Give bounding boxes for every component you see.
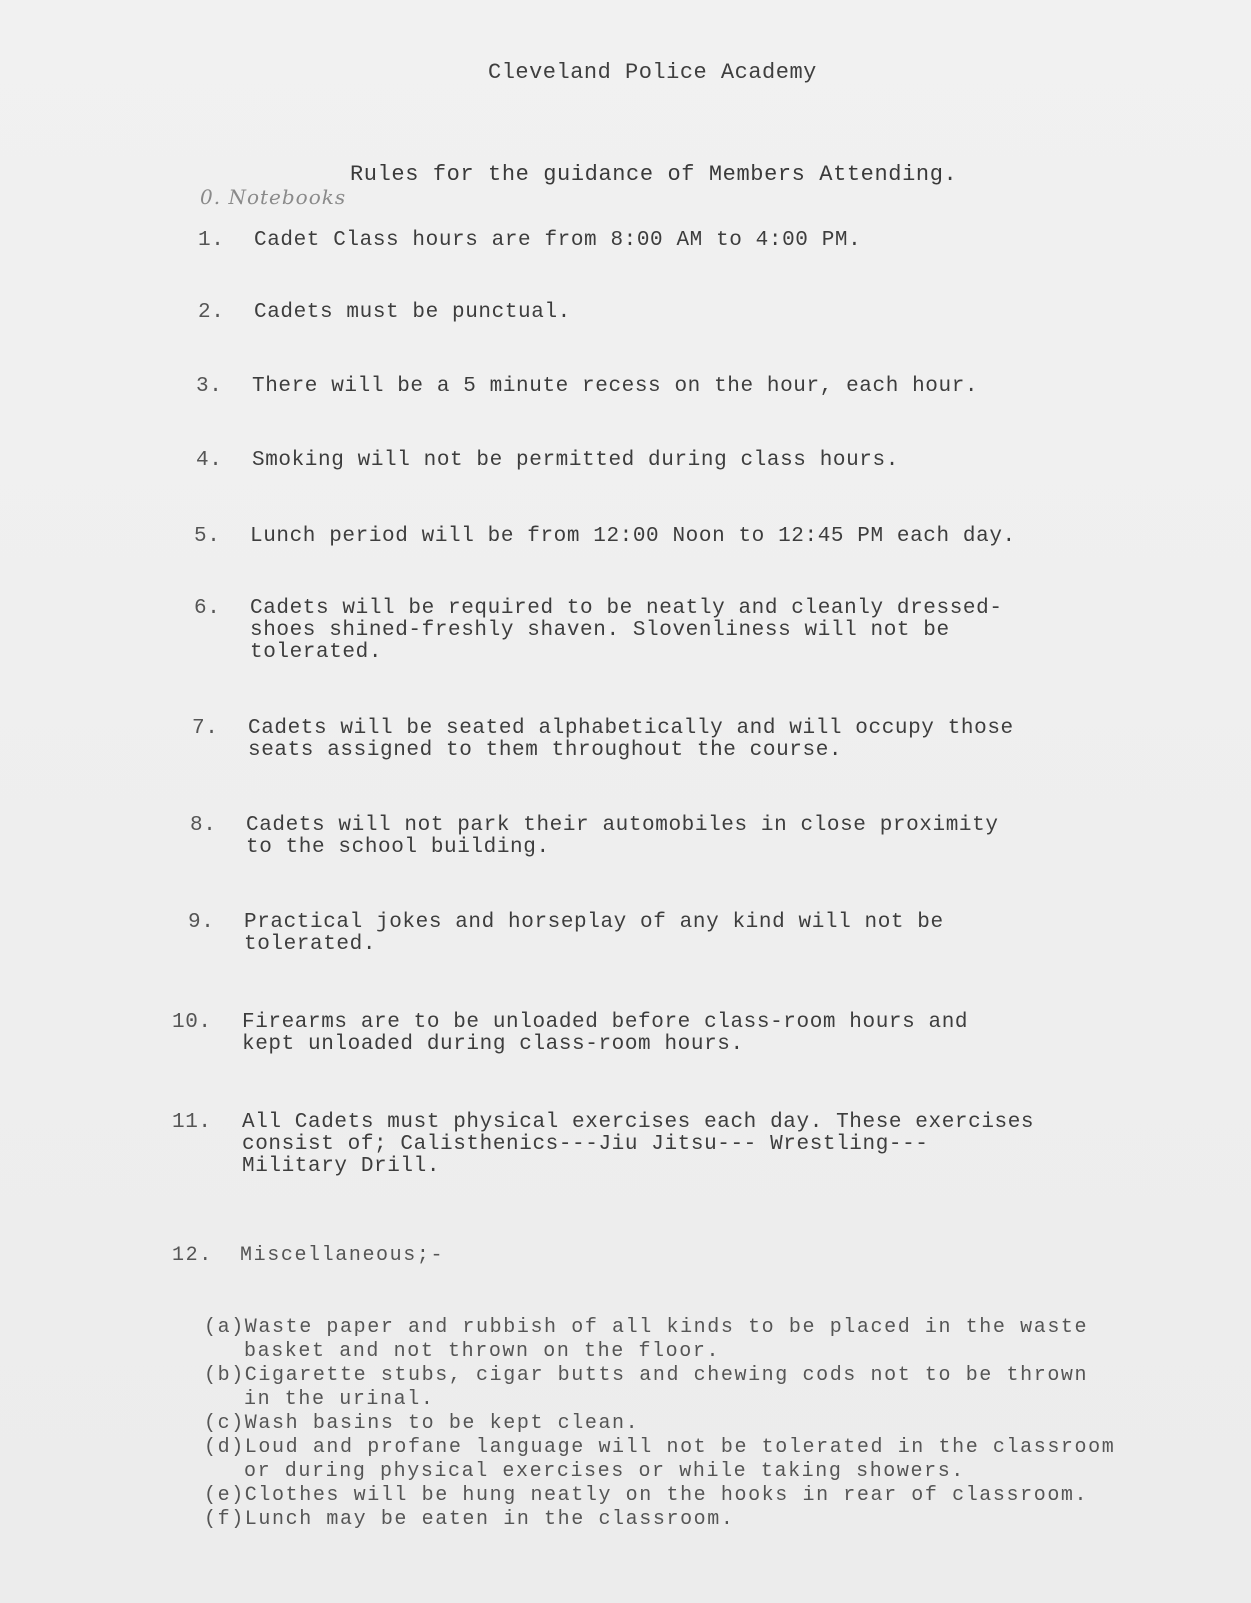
misc-item-continuation: in the urinal. [172, 1388, 1115, 1412]
misc-item: (b)Cigarette stubs, cigar butts and chew… [172, 1364, 1115, 1388]
rule-item: 11.All Cadets must physical exercises ea… [172, 1112, 1034, 1178]
rule-item: 4.Smoking will not be permitted during c… [196, 450, 899, 472]
rule-item: 9.Practical jokes and horseplay of any k… [188, 912, 944, 956]
rule-item: 10.Firearms are to be unloaded before cl… [172, 1012, 968, 1056]
rule-item: 6.Cadets will be required to be neatly a… [194, 598, 1003, 664]
rule-item: 1.Cadet Class hours are from 8:00 AM to … [198, 230, 861, 252]
misc-item: (c)Wash basins to be kept clean. [172, 1412, 1115, 1436]
misc-item: (a)Waste paper and rubbish of all kinds … [172, 1316, 1115, 1340]
misc-items: (a)Waste paper and rubbish of all kinds … [172, 1316, 1115, 1532]
misc-item: (e)Clothes will be hung neatly on the ho… [172, 1484, 1115, 1508]
document-subtitle: Rules for the guidance of Members Attend… [350, 162, 957, 187]
rule-item: 3.There will be a 5 minute recess on the… [196, 376, 978, 398]
document-page: Cleveland Police Academy Rules for the g… [0, 0, 1251, 1603]
misc-heading: 12. Miscellaneous;- [172, 1244, 1115, 1268]
misc-item-continuation: basket and not thrown on the floor. [172, 1340, 1115, 1364]
misc-section: 12. Miscellaneous;- (a)Waste paper and r… [172, 1196, 1115, 1580]
misc-item-continuation: or during physical exercises or while ta… [172, 1460, 1115, 1484]
rule-item: 5.Lunch period will be from 12:00 Noon t… [194, 526, 1016, 548]
rule-item: 2.Cadets must be punctual. [198, 302, 571, 324]
misc-item: (d)Loud and profane language will not be… [172, 1436, 1115, 1460]
rule-item: 7.Cadets will be seated alphabetically a… [192, 718, 1014, 762]
misc-item: (f)Lunch may be eaten in the classroom. [172, 1508, 1115, 1532]
document-title: Cleveland Police Academy [488, 60, 817, 85]
handwritten-note: 0. Notebooks [200, 185, 346, 209]
rule-item: 8.Cadets will not park their automobiles… [190, 815, 999, 859]
